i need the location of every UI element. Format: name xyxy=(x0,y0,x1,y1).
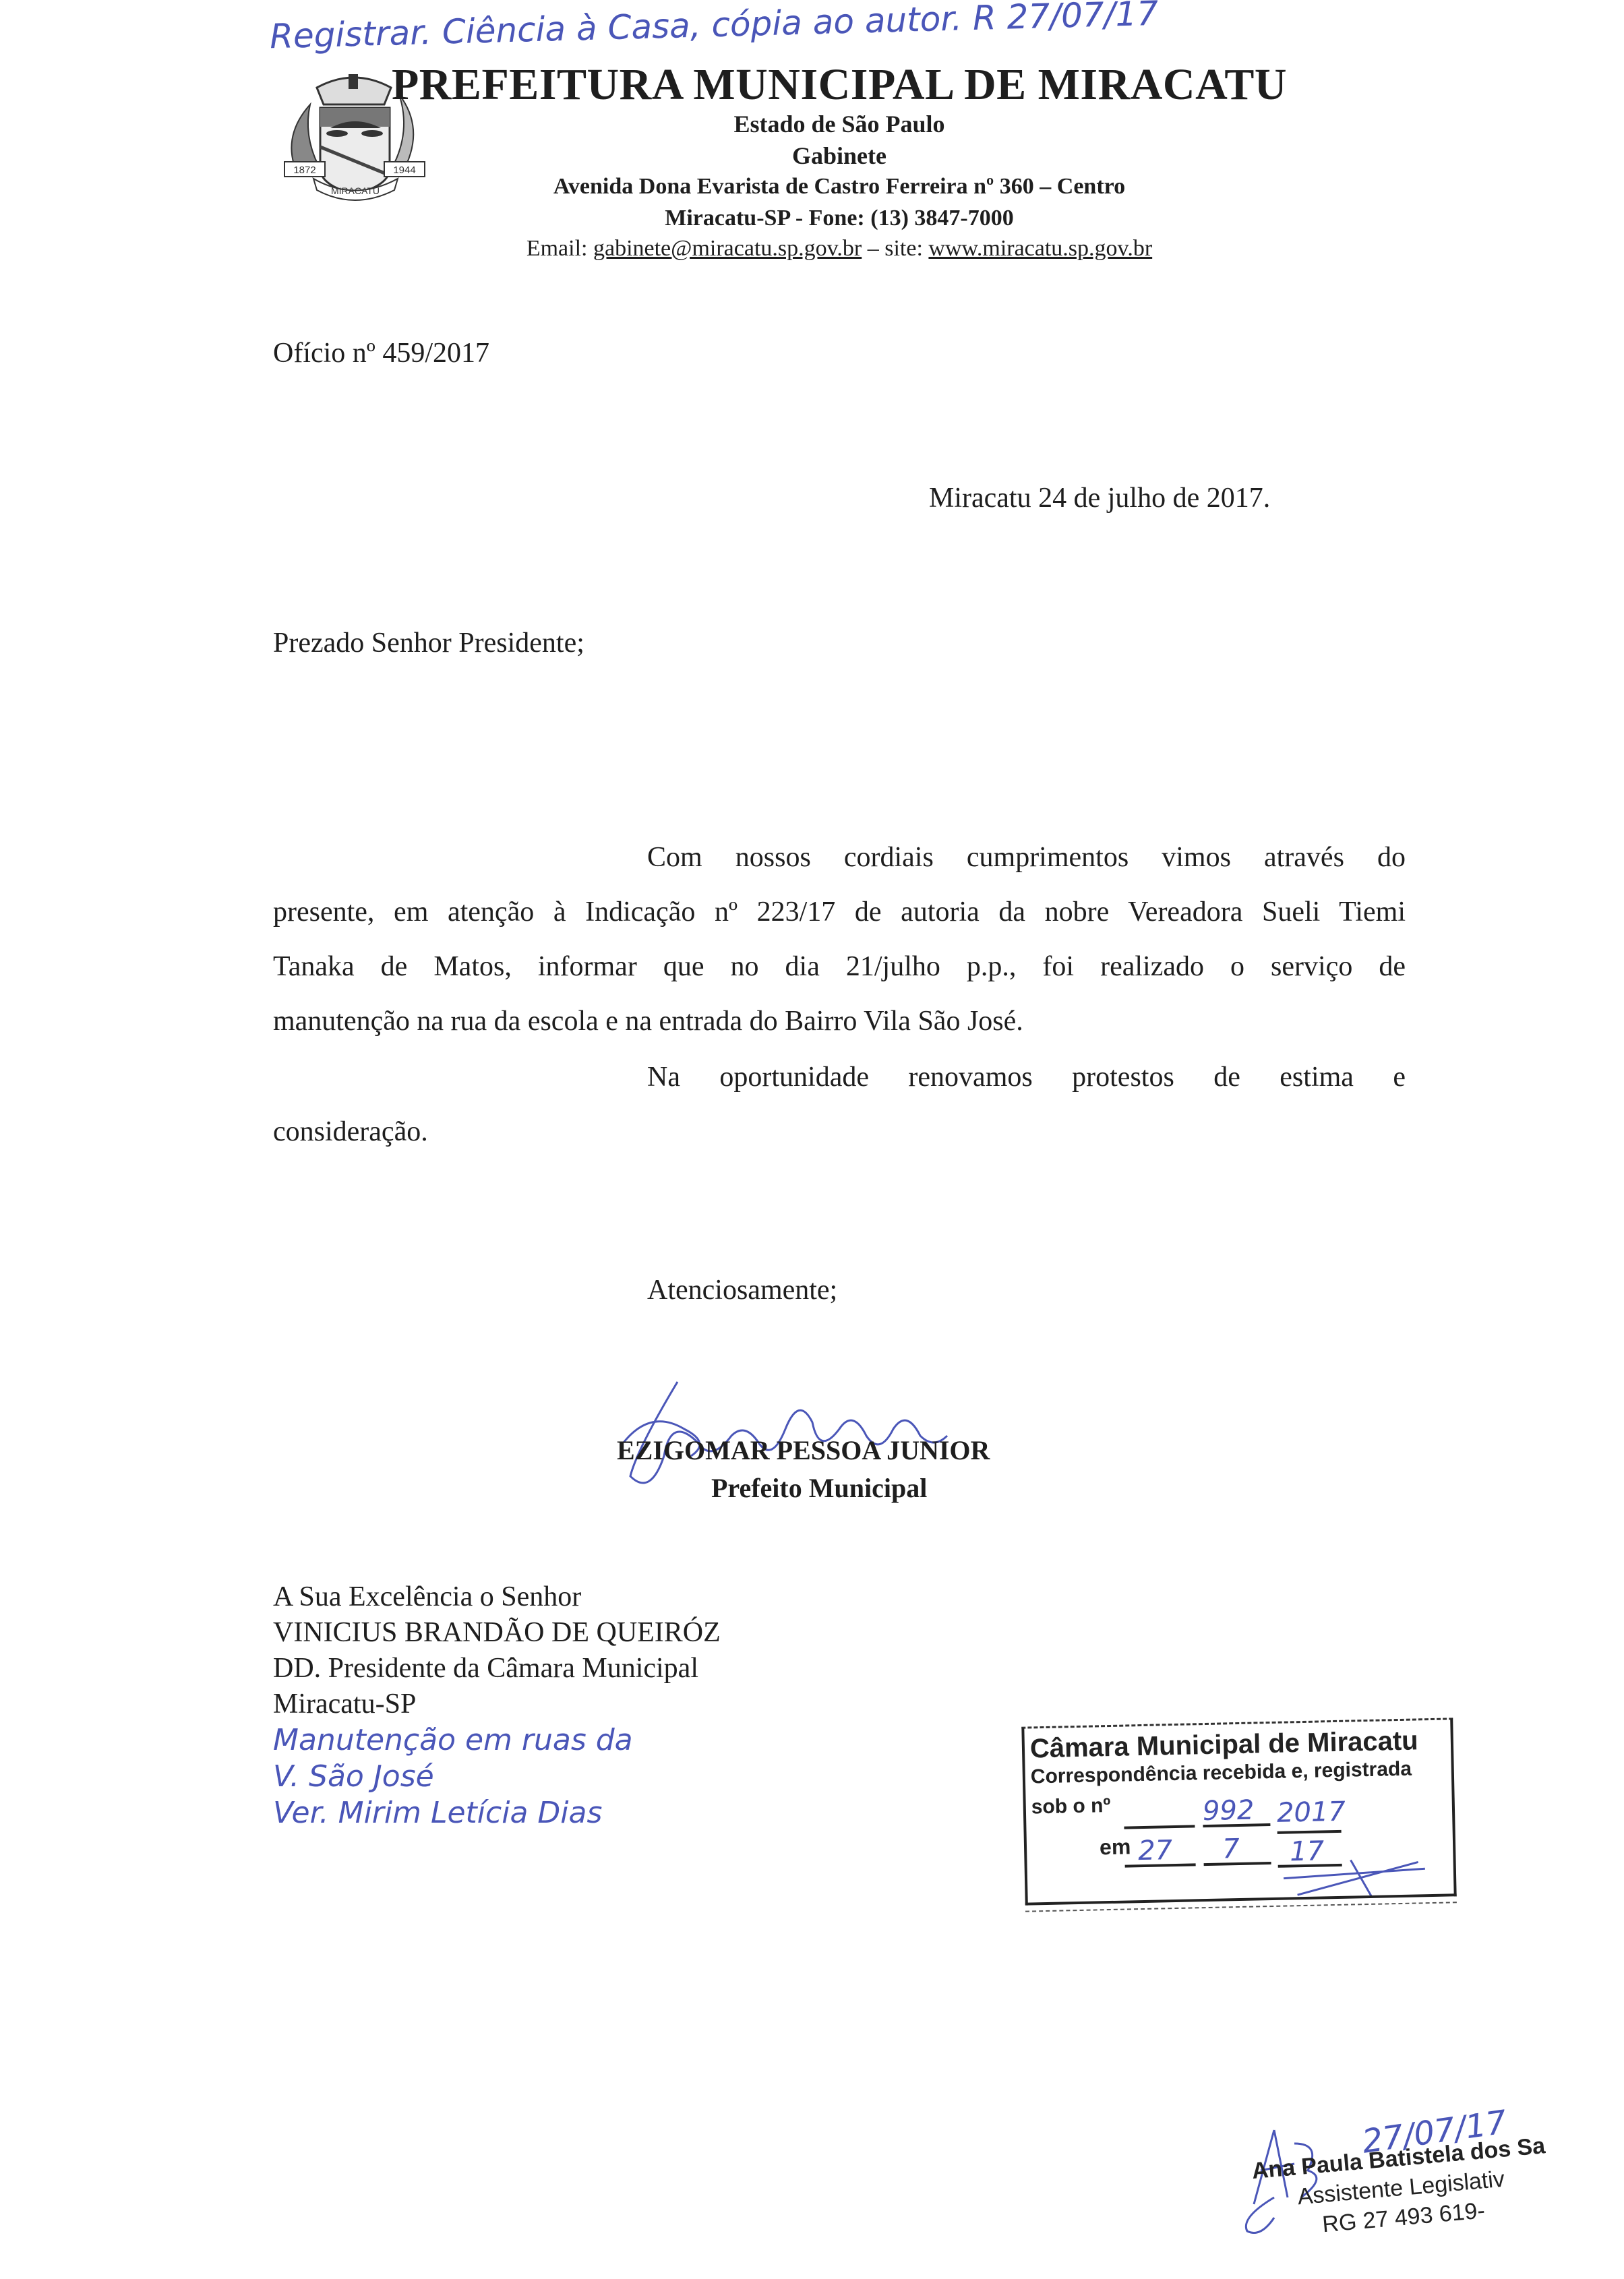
letter-paragraph-2: Na oportunidade renovamos protestos de e… xyxy=(273,1050,1406,1159)
letterhead-address: Avenida Dona Evarista de Castro Ferreira… xyxy=(364,174,1315,200)
paragraph-line: Tanaka de Matos, informar que no dia 21/… xyxy=(273,940,1406,994)
letterhead-title: PREFEITURA MUNICIPAL DE MIRACATU xyxy=(364,59,1315,111)
letter-paragraph-1: Com nossos cordiais cumprimentos vimos a… xyxy=(273,830,1406,1049)
site-link[interactable]: www.miracatu.sp.gov.br xyxy=(928,236,1152,261)
letterhead-department: Gabinete xyxy=(364,142,1315,170)
stamp-month: 7 xyxy=(1222,1833,1240,1865)
letter-reference: Ofício nº 459/2017 xyxy=(273,337,489,369)
paragraph-line: Na oportunidade renovamos protestos de e… xyxy=(647,1050,1406,1105)
letterhead-state: Estado de São Paulo xyxy=(364,110,1315,138)
handwritten-dispatch-note: Registrar. Ciência à Casa, cópia ao auto… xyxy=(269,0,1158,56)
addressee-line: DD. Presidente da Câmara Municipal xyxy=(273,1652,698,1684)
paragraph-line: consideração. xyxy=(273,1105,1406,1159)
paragraph-line: presente, em atenção à Indicação nº 223/… xyxy=(273,885,1406,940)
stamp-registration-number: 992 xyxy=(1202,1795,1254,1827)
letter-salutation: Prezado Senhor Presidente; xyxy=(273,627,584,659)
letter-date: Miracatu 24 de julho de 2017. xyxy=(929,482,1270,514)
paragraph-line: manutenção na rua da escola e na entrada… xyxy=(273,994,1406,1049)
email-label: Email: xyxy=(527,236,588,261)
email-link[interactable]: gabinete@miracatu.sp.gov.br xyxy=(593,236,862,261)
addressee-line: VINICIUS BRANDÃO DE QUEIRÓZ xyxy=(273,1616,721,1649)
svg-text:1872: 1872 xyxy=(293,164,315,176)
addressee-line: A Sua Excelência o Senhor xyxy=(273,1581,581,1613)
stamp-day: 27 xyxy=(1138,1835,1173,1866)
signer-name: EZIGOMAR PESSOA JUNIOR xyxy=(617,1434,990,1466)
signer-title: Prefeito Municipal xyxy=(711,1472,927,1504)
letter-closing: Atenciosamente; xyxy=(647,1274,837,1306)
addressee-line: Miracatu-SP xyxy=(273,1688,416,1720)
receipt-stamp: Câmara Municipal de Miracatu Correspondê… xyxy=(1021,1718,1456,1905)
handwritten-subject-note: Manutenção em ruas da xyxy=(273,1723,633,1757)
handwritten-subject-note: V. São José xyxy=(273,1759,434,1794)
letterhead-contact: Email: gabinete@miracatu.sp.gov.br – sit… xyxy=(364,236,1315,262)
stamp-registration-year: 2017 xyxy=(1277,1796,1346,1829)
handwritten-subject-note: Ver. Mirim Letícia Dias xyxy=(273,1796,602,1830)
letterhead-city-phone: Miracatu-SP - Fone: (13) 3847-7000 xyxy=(364,206,1315,231)
stamp-number-label: sob o nº xyxy=(1031,1794,1110,1819)
paragraph-line: Com nossos cordiais cumprimentos vimos a… xyxy=(647,830,1406,885)
site-label: – site: xyxy=(868,236,923,261)
